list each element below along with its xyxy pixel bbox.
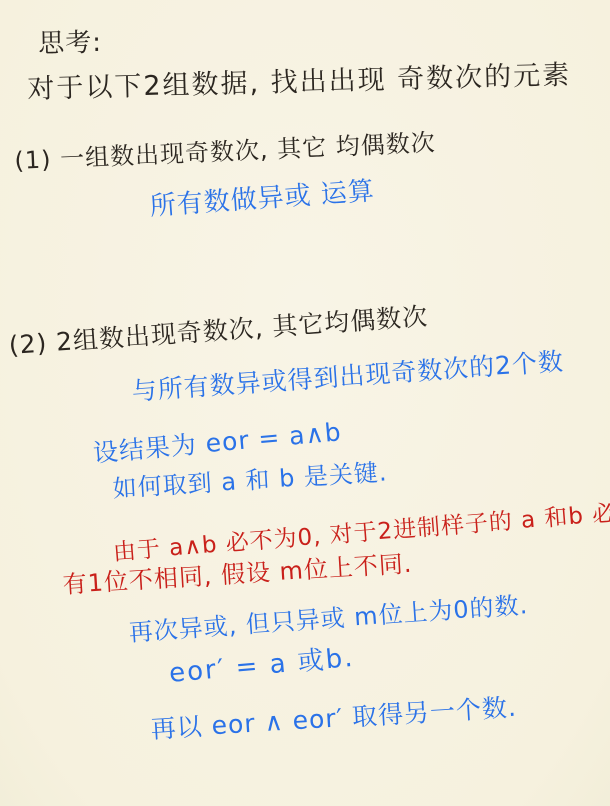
case1-solution: 所有数做异或 运算 <box>149 177 376 223</box>
note-page: 思考: 对于以下2组数据, 找出出现 奇数次的元素 (1) 一组数出现奇数次, … <box>0 0 610 806</box>
case2-heading: (2) 2组数出现奇数次, 其它均偶数次 <box>8 303 429 361</box>
case2-step2: 再次异或, 但只异或 m位上为0的数. <box>128 592 529 647</box>
case2-eor-formula: 设结果为 eor = a∧b <box>92 418 343 468</box>
case2-final-step: 再以 eor ∧ eor′ 取得另一个数. <box>150 694 518 745</box>
note-title: 思考: <box>38 29 102 60</box>
problem-statement: 对于以下2组数据, 找出出现 奇数次的元素 <box>27 60 572 105</box>
case2-key-question: 如何取到 a 和 b 是关键. <box>112 459 388 503</box>
case1-heading: (1) 一组数出现奇数次, 其它 均偶数次 <box>14 130 436 176</box>
case2-eor2-formula: eor′ = a 或b. <box>168 644 356 690</box>
case2-step1: 与所有数异或得到出现奇数次的2个数 <box>131 348 565 407</box>
